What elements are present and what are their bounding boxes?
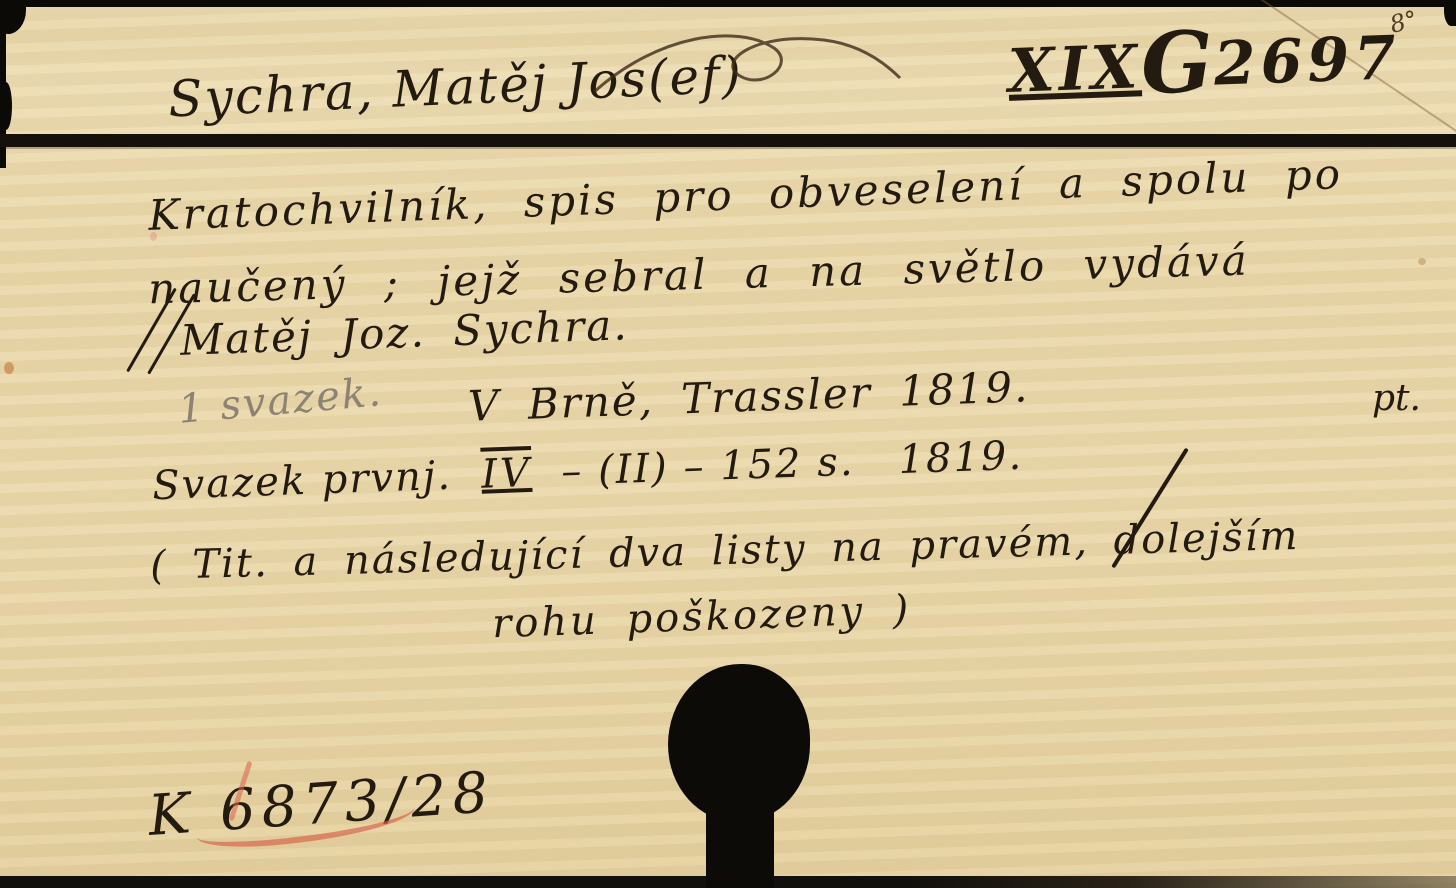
title-line-1: Kratochvilník, spis pro obveselení a spo…	[148, 149, 1344, 240]
punch-hole-slot	[706, 804, 774, 888]
scan-edge-top-right-tick	[1444, 0, 1456, 26]
call-number: XIXG2697	[1007, 23, 1402, 107]
divider-rule	[0, 134, 1456, 147]
paper-stain	[1418, 258, 1426, 265]
damage-note-line-1: ( Tit. a následující dva listy na pravém…	[150, 513, 1300, 589]
collation-pagination: – (II) – 152 s.	[561, 439, 856, 495]
collation-roman-numeral: IV	[480, 450, 532, 498]
scan-edge-top	[0, 0, 1456, 7]
collation-prefix: Svazek prvnj.	[151, 453, 452, 509]
collation-year: 1819.	[898, 433, 1024, 483]
paper-stain	[4, 362, 14, 374]
call-number-roman: XIX	[1007, 32, 1143, 107]
volume-pencil-note: 1 svazek.	[176, 369, 384, 433]
punch-hole	[668, 664, 810, 822]
title-line-2: naučený ; jejž sebral a na světlo vydává	[148, 236, 1251, 314]
format-note: 8°	[1387, 5, 1420, 39]
collation-line: Svazek prvnj. IV – (II) – 152 s. 1819.	[151, 433, 1023, 509]
scan-edge-left-notch	[0, 82, 12, 130]
imprint-line: V Brně, Trassler 1819.	[467, 362, 1030, 431]
catalog-card-scan: Sychra, Matěj Jos(ef) XIXG2697 8° Kratoc…	[0, 0, 1456, 888]
pen-flourish-icon	[588, 18, 908, 108]
damage-note-line-2: rohu poškozeny )	[491, 587, 912, 648]
call-number-digits: 2697	[1213, 23, 1402, 99]
right-margin-abbreviation: pt.	[1372, 378, 1421, 419]
call-number-class-letter: G	[1139, 12, 1215, 113]
